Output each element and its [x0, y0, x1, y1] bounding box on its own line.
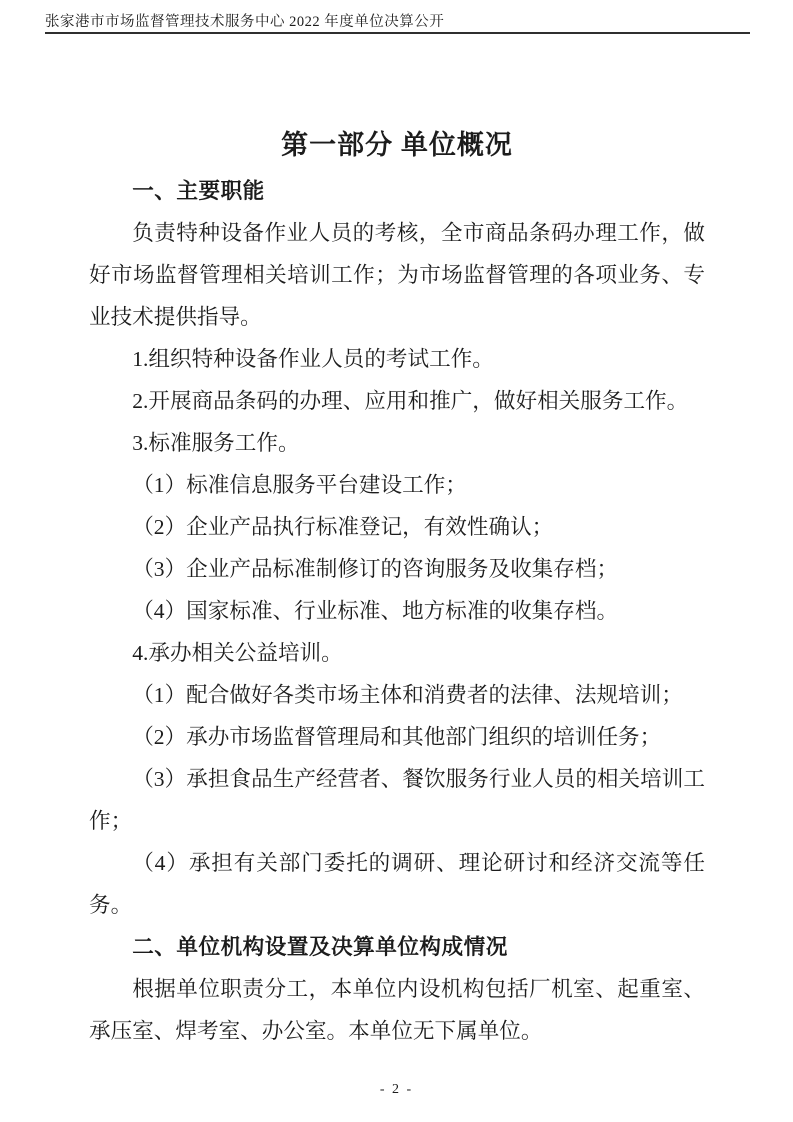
paragraph: 4.承办相关公益培训。 [89, 632, 705, 674]
page-number: - 2 - [380, 1082, 413, 1097]
running-header-text: 张家港市市场监督管理技术服务中心 2022 年度单位决算公开 [45, 13, 444, 31]
paragraph: （4）承担有关部门委托的调研、理论研讨和经济交流等任务。 [89, 842, 705, 926]
paragraph: （2）企业产品执行标准登记，有效性确认； [89, 506, 705, 548]
paragraph: 3.标准服务工作。 [89, 422, 705, 464]
section-heading: 二、单位机构设置及决算单位构成情况 [89, 926, 705, 968]
paragraph: （1）配合做好各类市场主体和消费者的法律、法规培训； [89, 674, 705, 716]
paragraph: （1）标准信息服务平台建设工作； [89, 464, 705, 506]
document-title: 第一部分 单位概况 [89, 122, 705, 168]
paragraph: 负责特种设备作业人员的考核，全市商品条码办理工作，做好市场监督管理相关培训工作；… [89, 212, 705, 338]
paragraph: （4）国家标准、行业标准、地方标准的收集存档。 [89, 590, 705, 632]
document-content: 第一部分 单位概况 一、主要职能负责特种设备作业人员的考核，全市商品条码办理工作… [89, 122, 705, 1052]
document-page: 张家港市市场监督管理技术服务中心 2022 年度单位决算公开 第一部分 单位概况… [0, 0, 793, 1122]
paragraph: （3）承担食品生产经营者、餐饮服务行业人员的相关培训工作； [89, 758, 705, 842]
header-rule [45, 32, 750, 34]
page-footer: - 2 - [0, 1082, 793, 1098]
paragraph: 1.组织特种设备作业人员的考试工作。 [89, 338, 705, 380]
paragraph: （3）企业产品标准制修订的咨询服务及收集存档； [89, 548, 705, 590]
paragraph: 根据单位职责分工，本单位内设机构包括厂机室、起重室、承压室、焊考室、办公室。本单… [89, 968, 705, 1052]
sections-container: 一、主要职能负责特种设备作业人员的考核，全市商品条码办理工作，做好市场监督管理相… [89, 170, 705, 1052]
paragraph: （2）承办市场监督管理局和其他部门组织的培训任务； [89, 716, 705, 758]
paragraph: 2.开展商品条码的办理、应用和推广，做好相关服务工作。 [89, 380, 705, 422]
section-heading: 一、主要职能 [89, 170, 705, 212]
